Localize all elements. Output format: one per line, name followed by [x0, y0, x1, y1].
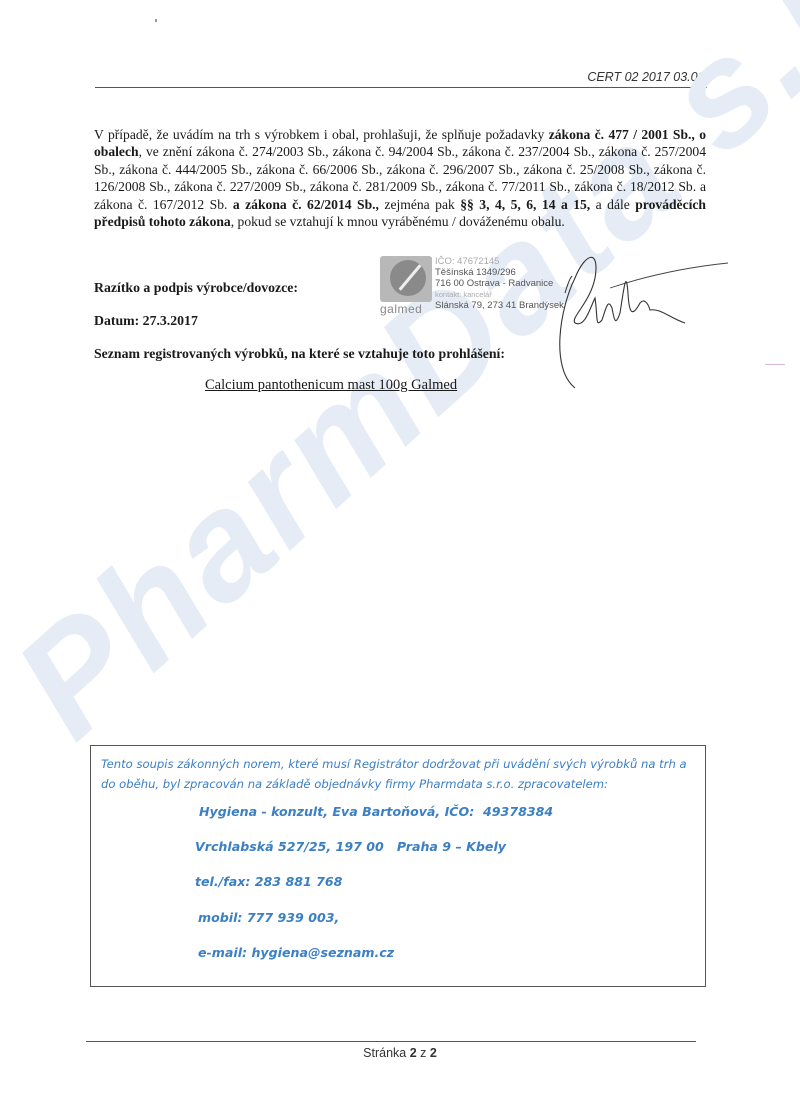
- stamp-brand: galmed: [380, 302, 422, 316]
- document-reference: CERT 02 2017 03.01.: [587, 70, 708, 84]
- declaration-text: , pokud se vztahují k mnou vyráběnému / …: [231, 214, 565, 229]
- header-divider: [95, 87, 707, 88]
- stamp-signature-label: Razítko a podpis výrobce/dovozce:: [94, 280, 298, 296]
- processor-info-box: Tento soupis zákonných norem, které musí…: [90, 745, 706, 987]
- processor-phone: tel./fax: 283 881 768: [195, 874, 342, 889]
- declaration-text: zejména pak: [379, 197, 460, 212]
- scan-artifact: [155, 19, 157, 22]
- page-current: 2: [410, 1046, 417, 1060]
- declaration-law-ref: a zákona č. 62/2014 Sb.,: [233, 197, 379, 212]
- declaration-text: a dále: [590, 197, 635, 212]
- page-prefix: Stránka: [363, 1046, 410, 1060]
- page-total: 2: [430, 1046, 437, 1060]
- registered-product: Calcium pantothenicum mast 100g Galmed: [205, 377, 457, 394]
- handwritten-signature: [540, 248, 730, 398]
- declaration-paragraph: V případě, že uvádím na trh s výrobkem i…: [94, 126, 706, 230]
- products-list-label: Seznam registrovaných výrobků, na které …: [94, 346, 505, 362]
- declaration-text: V případě, že uvádím na trh s výrobkem i…: [94, 127, 549, 142]
- date-label: Datum: 27.3.2017: [94, 313, 198, 329]
- processor-address: Vrchlabská 527/25, 197 00 Praha 9 – Kbel…: [195, 839, 506, 854]
- company-stamp: galmed IČO: 47672145 Těšínská 1349/296 7…: [380, 256, 560, 314]
- info-intro-text: Tento soupis zákonných norem, které musí…: [101, 754, 701, 794]
- processor-email[interactable]: e-mail: hygiena@seznam.cz: [198, 945, 394, 960]
- page-number: Stránka 2 z 2: [0, 1046, 800, 1060]
- page-separator: z: [417, 1046, 430, 1060]
- processor-company: Hygiena - konzult, Eva Bartoňová, IČO: 4…: [199, 804, 553, 819]
- scan-artifact: [765, 364, 785, 365]
- galmed-logo-icon: [380, 256, 432, 302]
- processor-mobile: mobil: 777 939 003,: [198, 910, 339, 925]
- declaration-sections: §§ 3, 4, 5, 6, 14 a 15,: [460, 197, 590, 212]
- footer-divider: [86, 1041, 696, 1042]
